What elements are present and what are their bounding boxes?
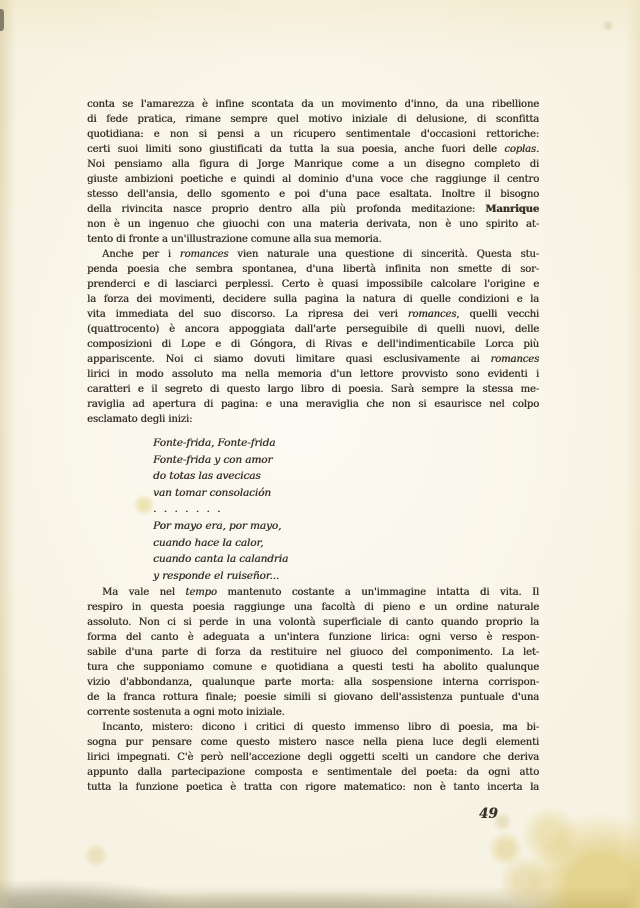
- text-line: corrente sostenuta a ogni moto iniziale.: [87, 705, 539, 720]
- text-line: quotidiana: e non si pensi a un ricupero…: [87, 127, 539, 142]
- poem-line: y responde el ruiseñor...: [153, 568, 539, 585]
- poem-line: cuando hace la calor,: [153, 535, 539, 552]
- text-line: vita immediata del suo discorso. La ripr…: [87, 307, 539, 322]
- text-line: forma del canto è adeguata a un'intera f…: [87, 630, 539, 645]
- text-segment: giuste ambizioni poetiche e quindi al do…: [87, 174, 539, 185]
- text-segment: caratteri e il segreto di questo largo l…: [87, 384, 539, 395]
- text-segment: della rivincita nasce proprio dentro all…: [87, 204, 485, 215]
- page-edge-mark: [0, 9, 4, 31]
- text-segment: Ma vale nel: [102, 587, 185, 598]
- text-line: (quattrocento) è ancora appoggiata dall'…: [87, 322, 539, 337]
- poem-line: van tomar consolación: [153, 485, 539, 502]
- text-line: stesso dell'ansia, dello sgomento e poi …: [87, 187, 539, 202]
- text-line: esclamato degli inizi:: [87, 412, 539, 427]
- text-line: appariscente. Noi ci siamo dovuti limita…: [87, 352, 539, 367]
- text-line: non è un ingenuo che giuochi con una mat…: [87, 217, 539, 232]
- text-segment: romances: [490, 354, 539, 365]
- text-segment: Manrique: [485, 204, 539, 215]
- text-segment: (quattrocento) è ancora appoggiata dall'…: [87, 324, 539, 335]
- text-line: sogna pur pensare come questo mistero na…: [87, 735, 539, 750]
- text-line: tura che supponiamo comune e quotidiana …: [87, 660, 539, 675]
- text-line: de la franca rottura finale; poesie simi…: [87, 690, 539, 705]
- text-line: appunto dalla partecipazione composta e …: [87, 765, 539, 780]
- text-segment: tura che supponiamo comune e quotidiana …: [87, 662, 539, 673]
- text-line: lirici in modo assoluto ma nella memoria…: [87, 367, 539, 382]
- text-segment: respiro in questa poesia raggiunge una f…: [87, 602, 539, 613]
- paragraph: Incanto, mistero: dicono i critici di qu…: [87, 720, 539, 795]
- text-segment: non è un ingenuo che giuochi con una mat…: [87, 219, 539, 230]
- poem-line: do totas las avecicas: [153, 468, 539, 485]
- poem-line: Por mayo era, por mayo,: [153, 518, 539, 535]
- text-segment: conta se l'amarezza è infine scontata da…: [87, 99, 539, 110]
- text-line: lirici impegnati. C'è però nell'accezion…: [87, 750, 539, 765]
- text-segment: de la franca rottura finale; poesie simi…: [87, 692, 539, 703]
- text-segment: di fede pratica, rimane sempre quel moti…: [87, 114, 539, 125]
- text-line: della rivincita nasce proprio dentro all…: [87, 202, 539, 217]
- text-segment: appariscente. Noi ci siamo dovuti limita…: [87, 354, 490, 365]
- text-segment: Noi pensiamo alla figura di Jorge Manriq…: [87, 159, 539, 170]
- text-line: composizioni di Lope e di Góngora, di Ri…: [87, 337, 539, 352]
- text-segment: Incanto, mistero: dicono i critici di qu…: [102, 722, 539, 733]
- text-segment: romances: [408, 309, 457, 320]
- text-segment: corrente sostenuta a ogni moto iniziale.: [87, 707, 285, 718]
- text-segment: forma del canto è adeguata a un'intera f…: [87, 632, 539, 643]
- text-segment: sogna pur pensare come questo mistero na…: [87, 737, 539, 748]
- text-segment: sabile d'una parte di forza da restituir…: [87, 647, 539, 658]
- text-line: Anche per i romances vien naturale una q…: [87, 247, 539, 262]
- text-line: giuste ambizioni poetiche e quindi al do…: [87, 172, 539, 187]
- text-line: tutta la funzione poetica è tratta con r…: [87, 780, 539, 795]
- text-line: raviglia ad apertura di pagina: e una me…: [87, 397, 539, 412]
- text-segment: lirici in modo assoluto ma nella memoria…: [87, 369, 539, 380]
- text-segment: prenderci e di lasciarci perplessi. Cert…: [87, 279, 539, 290]
- poem-quote: Fonte-frida, Fonte-fridaFonte-frida y co…: [153, 435, 539, 584]
- text-segment: quotidiana: e non si pensi a un ricupero…: [87, 129, 539, 140]
- paragraph: conta se l'amarezza è infine scontata da…: [87, 97, 539, 247]
- text-segment: vien naturale una questione di sincerità…: [228, 249, 539, 260]
- text-line: tento di fronte a un'illustrazione comun…: [87, 232, 539, 247]
- text-line: di fede pratica, rimane sempre quel moti…: [87, 112, 539, 127]
- text-segment: vizio d'abbondanza, qualunque parte mort…: [87, 677, 539, 688]
- text-segment: composizioni di Lope e di Góngora, di Ri…: [87, 339, 539, 350]
- text-segment: assoluto. Non ci si perde in una volontà…: [87, 617, 539, 628]
- poem-line: cuando canta la calandria: [153, 551, 539, 568]
- text-line: vizio d'abbondanza, qualunque parte mort…: [87, 675, 539, 690]
- text-segment: tento di fronte a un'illustrazione comun…: [87, 234, 382, 245]
- text-line: certi suoi limiti sono giustificati da t…: [87, 142, 539, 157]
- text-line: la forza dei movimenti, decidere sulla p…: [87, 292, 539, 307]
- scanned-page: conta se l'amarezza è infine scontata da…: [0, 0, 640, 908]
- text-line: conta se l'amarezza è infine scontata da…: [87, 97, 539, 112]
- paragraph: Anche per i romances vien naturale una q…: [87, 247, 539, 427]
- text-segment: romances: [180, 249, 229, 260]
- poem-line: Fonte-frida y con amor: [153, 452, 539, 469]
- text-line: prenderci e di lasciarci perplessi. Cert…: [87, 277, 539, 292]
- text-segment: penda poesia che sembra spontanea, d'una…: [87, 264, 539, 275]
- text-segment: raviglia ad apertura di pagina: e una me…: [87, 399, 539, 410]
- text-segment: vita immediata del suo discorso. La ripr…: [87, 309, 408, 320]
- text-line: caratteri e il segreto di questo largo l…: [87, 382, 539, 397]
- page-number: 49: [479, 806, 498, 822]
- text-line: sabile d'una parte di forza da restituir…: [87, 645, 539, 660]
- text-segment: coplas.: [504, 144, 539, 155]
- text-segment: tutta la funzione poetica è tratta con r…: [87, 782, 539, 793]
- text-line: respiro in questa poesia raggiunge una f…: [87, 600, 539, 615]
- text-flow: conta se l'amarezza è infine scontata da…: [87, 97, 539, 795]
- text-segment: , quelli vecchi: [456, 309, 539, 320]
- text-line: penda poesia che sembra spontanea, d'una…: [87, 262, 539, 277]
- paragraph: Ma vale nel tempo mantenuto costante a u…: [87, 585, 539, 720]
- text-line: Ma vale nel tempo mantenuto costante a u…: [87, 585, 539, 600]
- text-segment: esclamato degli inizi:: [87, 414, 192, 425]
- text-line: assoluto. Non ci si perde in una volontà…: [87, 615, 539, 630]
- poem-ellipsis: . . . . . . .: [153, 501, 539, 518]
- text-segment: appunto dalla partecipazione composta e …: [87, 767, 539, 778]
- text-line: Noi pensiamo alla figura di Jorge Manriq…: [87, 157, 539, 172]
- text-segment: la forza dei movimenti, decidere sulla p…: [87, 294, 539, 305]
- text-segment: stesso dell'ansia, dello sgomento e poi …: [87, 189, 539, 200]
- text-segment: tempo: [185, 587, 216, 598]
- text-segment: lirici impegnati. C'è però nell'accezion…: [87, 752, 539, 763]
- text-segment: certi suoi limiti sono giustificati da t…: [87, 144, 504, 155]
- poem-line: Fonte-frida, Fonte-frida: [153, 435, 539, 452]
- text-segment: mantenuto costante a un'immagine intatta…: [217, 587, 539, 598]
- text-line: Incanto, mistero: dicono i critici di qu…: [87, 720, 539, 735]
- text-segment: Anche per i: [102, 249, 180, 260]
